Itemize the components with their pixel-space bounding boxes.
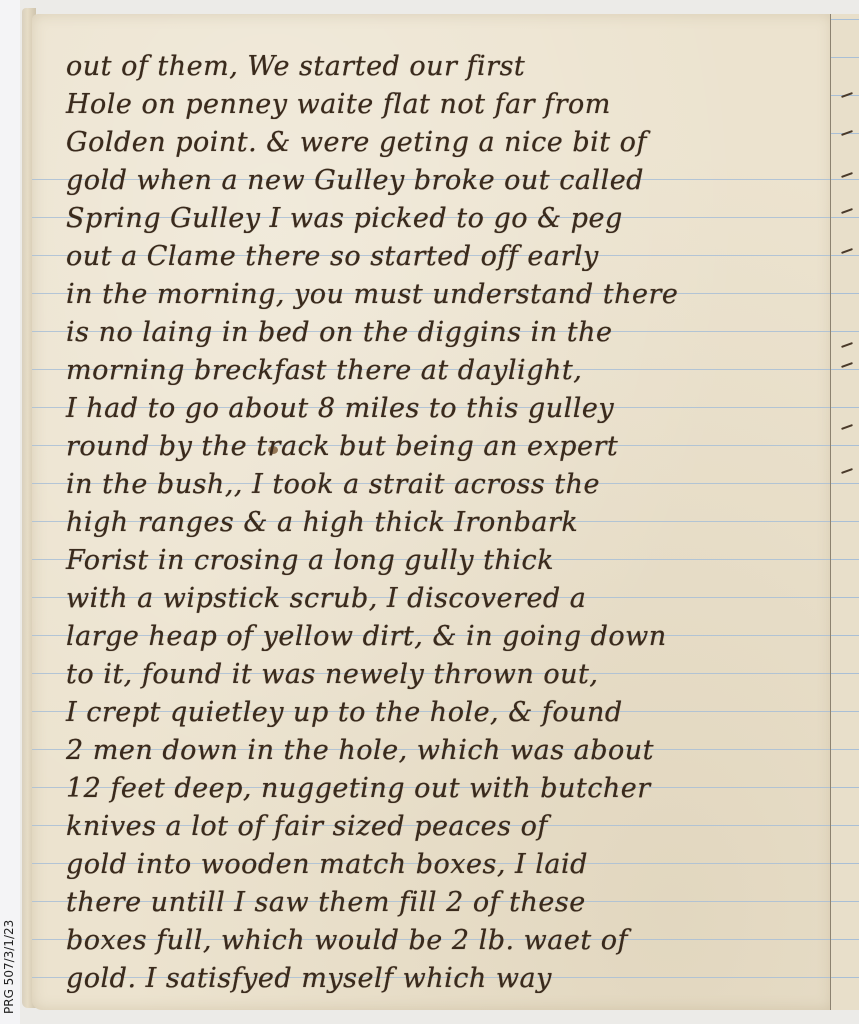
text-line: Golden point. & were geting a nice bit o…: [66, 124, 832, 162]
ink-stroke: [841, 424, 853, 430]
text-line: there untill I saw them fill 2 of these: [66, 884, 832, 922]
archive-reference-number: PRG 507/3/1/23: [2, 920, 16, 1014]
text-line: with a wipstick scrub, I discovered a: [66, 580, 832, 618]
text-line: gold. I satisfyed myself which way: [66, 960, 832, 998]
text-line: knives a lot of fair sized peaces of: [66, 808, 832, 846]
text-line: I had to go about 8 miles to this gulley: [66, 390, 832, 428]
handwritten-text: out of them, We started our first Hole o…: [66, 34, 832, 998]
manuscript-page: out of them, We started our first Hole o…: [32, 14, 832, 1010]
text-line: I crept quietley up to the hole, & found: [66, 694, 832, 732]
text-line: out of them, We started our first: [66, 48, 832, 86]
text-line: Spring Gulley I was picked to go & peg: [66, 200, 832, 238]
text-line: boxes full, which would be 2 lb. waet of: [66, 922, 832, 960]
text-line: out a Clame there so started off early: [66, 238, 832, 276]
ink-stroke: [841, 248, 853, 254]
ink-stroke: [841, 468, 853, 474]
ink-stroke: [841, 362, 853, 368]
facing-page-edge: [831, 14, 859, 1010]
text-line: large heap of yellow dirt, & in going do…: [66, 618, 832, 656]
ink-stroke: [841, 172, 853, 178]
text-line: to it, found it was newely thrown out,: [66, 656, 832, 694]
text-line: gold into wooden match boxes, I laid: [66, 846, 832, 884]
text-line: high ranges & a high thick Ironbark: [66, 504, 832, 542]
text-line: Forist in crosing a long gully thick: [66, 542, 832, 580]
text-line: 12 feet deep, nuggeting out with butcher: [66, 770, 832, 808]
text-line: round by the track but being an expert: [66, 428, 832, 466]
text-line: 2 men down in the hole, which was about: [66, 732, 832, 770]
text-line: Hole on penney waite flat not far from: [66, 86, 832, 124]
text-line: is no laing in bed on the diggins in the: [66, 314, 832, 352]
ink-stroke: [841, 130, 853, 136]
text-line: in the morning, you must understand ther…: [66, 276, 832, 314]
text-line: in the bush,, I took a strait across the: [66, 466, 832, 504]
ink-stroke: [841, 92, 853, 98]
ink-stroke: [841, 342, 853, 348]
text-line: morning breckfast there at daylight,: [66, 352, 832, 390]
text-line: gold when a new Gulley broke out called: [66, 162, 832, 200]
ink-stroke: [841, 208, 853, 214]
